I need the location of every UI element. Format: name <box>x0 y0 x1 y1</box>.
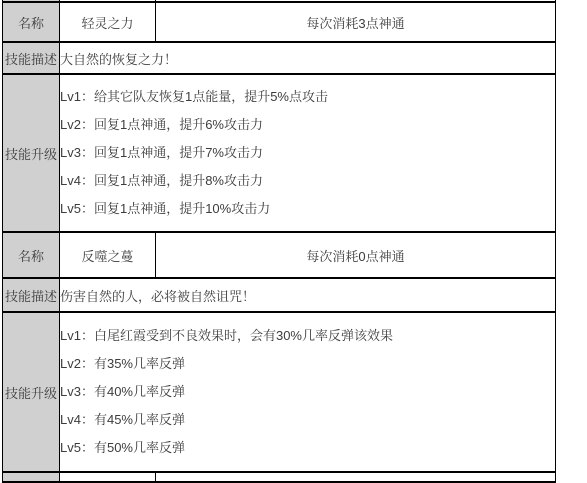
skill-2-name: 反噬之蔓 <box>60 232 156 278</box>
row-label-name: 名称 <box>3 232 60 278</box>
level-line: Lv1：给其它队友恢复1点能量，提升5%点攻击 <box>60 83 555 111</box>
cutoff-cell <box>60 472 156 478</box>
skill-table: 名称 轻灵之力 每次消耗3点神通 技能描述 大自然的恢复之力！ 技能升级 Lv1… <box>2 0 556 478</box>
skill-1-cost: 每次消耗3点神通 <box>156 2 556 42</box>
skill-2-cost: 每次消耗0点神通 <box>156 232 556 278</box>
row-label-description: 技能描述 <box>3 42 60 74</box>
level-line: Lv3：有40%几率反弹 <box>60 378 555 406</box>
skill-2-description: 伤害自然的人，必将被自然诅咒！ <box>60 278 556 312</box>
row-label-name: 名称 <box>3 2 60 42</box>
skill-1-upgrade-row: 技能升级 Lv1：给其它队友恢复1点能量，提升5%点攻击 Lv2：回复1点神通，… <box>3 74 556 232</box>
level-line: Lv4：回复1点神通，提升8%攻击力 <box>60 167 555 195</box>
level-line: Lv4：有45%几率反弹 <box>60 406 555 434</box>
skill-table-wrapper: 名称 轻灵之力 每次消耗3点神通 技能描述 大自然的恢复之力！ 技能升级 Lv1… <box>2 0 556 478</box>
row-label-description: 技能描述 <box>3 278 60 312</box>
level-line: Lv3：回复1点神通，提升7%攻击力 <box>60 139 555 167</box>
skill-1-levels: Lv1：给其它队友恢复1点能量，提升5%点攻击 Lv2：回复1点神通，提升6%攻… <box>60 74 556 232</box>
skill-1-desc-row: 技能描述 大自然的恢复之力！ <box>3 42 556 74</box>
skill-2-upgrade-row: 技能升级 Lv1：白尾红霞受到不良效果时，会有30%几率反弹该效果 Lv2：有3… <box>3 312 556 472</box>
skill-2-name-row: 名称 反噬之蔓 每次消耗0点神通 <box>3 232 556 278</box>
skill-1-name-row: 名称 轻灵之力 每次消耗3点神通 <box>3 2 556 42</box>
level-line: Lv2：回复1点神通，提升6%攻击力 <box>60 111 555 139</box>
cutoff-label-cell <box>3 472 60 478</box>
skill-1-description: 大自然的恢复之力！ <box>60 42 556 74</box>
skill-2-levels: Lv1：白尾红霞受到不良效果时，会有30%几率反弹该效果 Lv2：有35%几率反… <box>60 312 556 472</box>
skill-2-desc-row: 技能描述 伤害自然的人，必将被自然诅咒！ <box>3 278 556 312</box>
row-label-upgrade: 技能升级 <box>3 74 60 232</box>
level-line: Lv5：有50%几率反弹 <box>60 434 555 462</box>
skill-1-name: 轻灵之力 <box>60 2 156 42</box>
cutoff-cell <box>156 472 556 478</box>
level-line: Lv5：回复1点神通，提升10%攻击力 <box>60 195 555 223</box>
cutoff-row-bottom <box>3 472 556 478</box>
level-line: Lv2：有35%几率反弹 <box>60 350 555 378</box>
level-line: Lv1：白尾红霞受到不良效果时，会有30%几率反弹该效果 <box>60 322 555 350</box>
row-label-upgrade: 技能升级 <box>3 312 60 472</box>
